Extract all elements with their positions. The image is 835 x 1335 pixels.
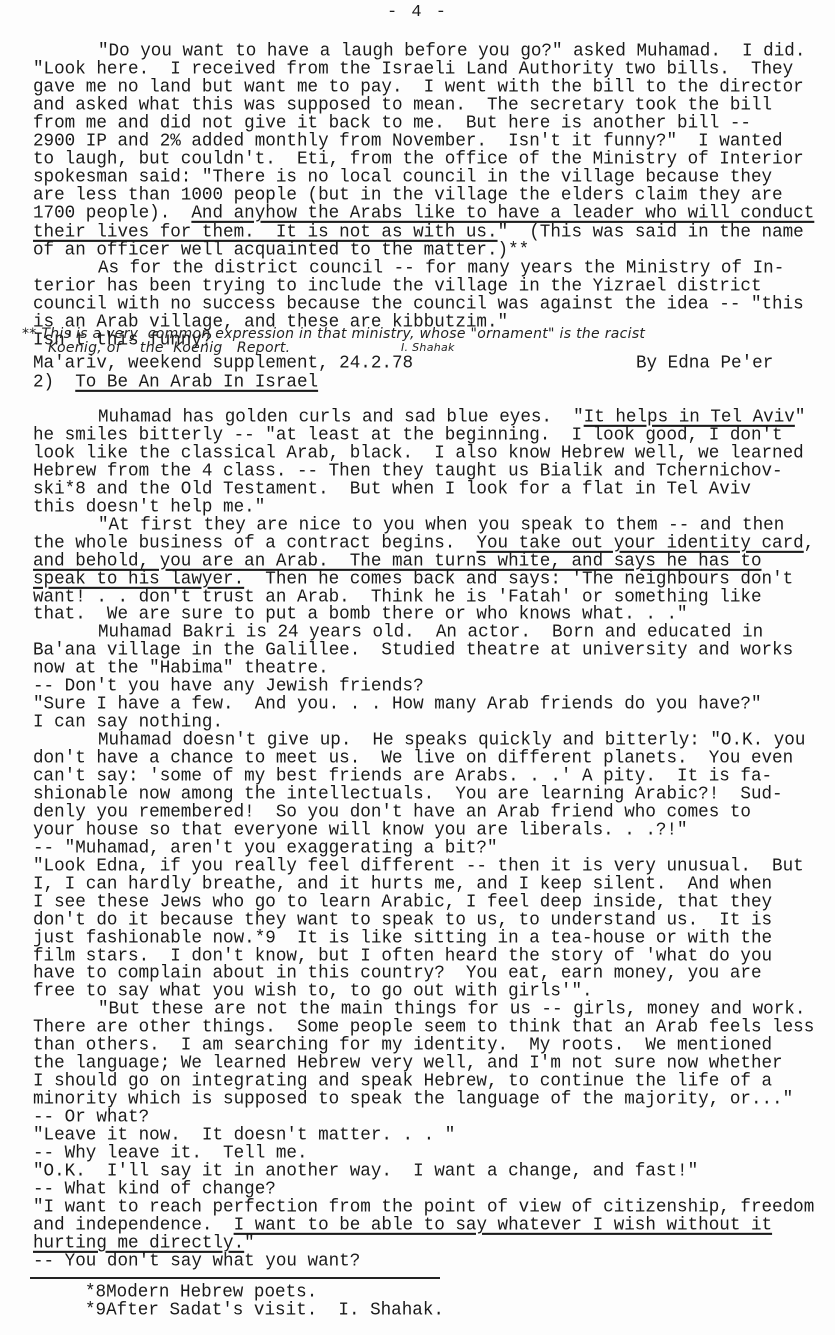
- text-line: gave me no land but want me to pay. I we…: [33, 78, 804, 97]
- text-line: I see these Jews who go to learn Arabic,…: [33, 893, 772, 912]
- text-line: I, I can hardly breathe, and it hurts me…: [33, 875, 772, 894]
- text-line: -- You don't say what you want?: [33, 1252, 360, 1271]
- text-line: just fashionable now.*9 It is like sitti…: [33, 929, 772, 948]
- line-text: ": [795, 407, 806, 428]
- text-line: your house so that everyone will know yo…: [33, 821, 688, 840]
- text-line: the whole business of a contract begins.…: [33, 534, 814, 553]
- source-citation: Ma'ariv, weekend supplement, 24.2.78: [33, 354, 413, 373]
- text-line: Hebrew from the 4 class. -- Then they ta…: [33, 462, 783, 481]
- text-line: and asked what this was supposed to mean…: [33, 96, 772, 115]
- footnote-9: *9After Sadat's visit. I. Shahak.: [85, 1301, 444, 1320]
- line-text: -- You don't say what you want?: [33, 1251, 360, 1272]
- text-line: this doesn't help me.": [33, 498, 265, 517]
- text-line: "Look Edna, if you really feel different…: [33, 857, 804, 876]
- page-number: - 4 -: [0, 4, 835, 22]
- text-line: their lives for them. It is not as with …: [33, 223, 804, 242]
- text-line: "At first they are nice to you when you …: [98, 516, 784, 535]
- text-line: don't do it because they want to speak t…: [33, 911, 772, 930]
- text-line: terior has been trying to include the vi…: [33, 277, 762, 296]
- byline: By Edna Pe'er: [636, 354, 773, 373]
- text-line: -- What kind of change?: [33, 1180, 276, 1199]
- footnote-divider: [30, 1277, 440, 1279]
- text-line: and independence. I want to be able to s…: [33, 1216, 772, 1235]
- section-number: 2): [33, 372, 54, 393]
- text-line: "Look here. I received from the Israeli …: [33, 60, 793, 79]
- text-line: hurting me directly.": [33, 1234, 255, 1253]
- section-title: To Be An Arab In Israel: [75, 372, 318, 393]
- line-text: ,: [804, 533, 815, 554]
- section-2-heading: 2) To Be An Arab In Israel: [33, 373, 318, 392]
- text-line: "Do you want to have a laugh before you …: [98, 42, 805, 61]
- text-line: and behold, you are an Arab. The man tur…: [33, 552, 762, 571]
- text-line: of an officer well acquainted to the mat…: [33, 241, 529, 260]
- text-line: 1700 people). And anyhow the Arabs like …: [33, 204, 814, 223]
- line-text: " (This was said in the name: [498, 221, 804, 242]
- text-line: As for the district council -- for many …: [98, 259, 784, 278]
- handwritten-note-line-1: ** This is a very common expression in t…: [22, 327, 645, 341]
- text-line: speak to his lawyer. Then he comes back …: [33, 570, 793, 589]
- text-line: ski*8 and the Old Testament. But when I …: [33, 480, 751, 499]
- document-page: - 4 - "Do you want to have a laugh befor…: [0, 0, 835, 1335]
- text-line: "I want to reach perfection from the poi…: [33, 1198, 814, 1217]
- text-line: -- "Muhamad, aren't you exaggerating a b…: [33, 839, 498, 858]
- underlined-text: I want to be able to say whatever I wish…: [234, 1215, 772, 1236]
